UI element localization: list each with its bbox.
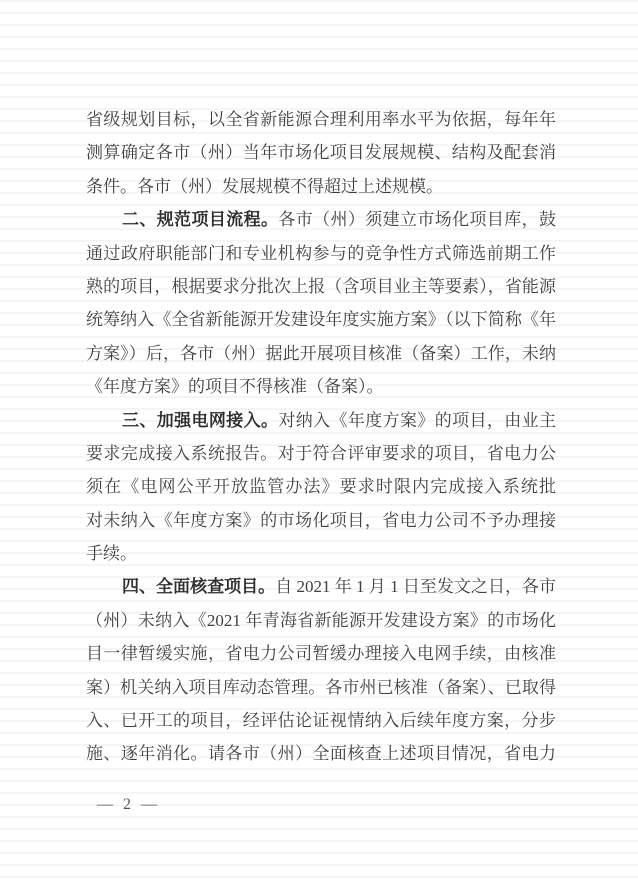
body-line: 省级规划目标，以全省新能源合理利用率水平为依据，每年年初 <box>86 103 556 136</box>
body-line: 目一律暂缓实施，省电力公司暂缓办理接入电网手续，由核准（备 <box>86 637 556 670</box>
body-line: 三、加强电网接入。对纳入《年度方案》的项目，由业主按 <box>86 404 556 437</box>
body-paragraph: 四、全面核查项目。自 2021 年 1 月 1 日至发文之日，各市 （州）未纳入… <box>86 570 556 770</box>
body-paragraph: 省级规划目标，以全省新能源合理利用率水平为依据，每年年初 测算确定各市（州）当年… <box>86 103 556 203</box>
body-paragraph: 二、规范项目流程。各市（州）须建立市场化项目库，鼓励 通过政府职能部门和专业机构… <box>86 203 556 403</box>
section-heading: 四、全面核查项目。 <box>122 577 275 596</box>
body-line: 要求完成接入系统报告。对于符合评审要求的项目，省电力公司 <box>86 437 556 470</box>
body-line: 二、规范项目流程。各市（州）须建立市场化项目库，鼓励 <box>86 203 556 236</box>
body-line: 熟的项目，根据要求分批次上报（含项目业主等要素），省能源局 <box>86 270 556 303</box>
body-line: 案）机关纳入项目库动态管理。各市州已核准（备案）、已取得接 <box>86 671 556 704</box>
page-number: — 2 — <box>97 796 160 814</box>
body-line: 须在《电网公平开放监管办法》要求时限内完成接入系统批复。 <box>86 470 556 503</box>
body-line: 手续。 <box>86 537 556 570</box>
section-heading: 二、规范项目流程。 <box>122 210 278 229</box>
body-paragraph: 三、加强电网接入。对纳入《年度方案》的项目，由业主按 要求完成接入系统报告。对于… <box>86 404 556 571</box>
body-line: 入、已开工的项目，经评估论证视情纳入后续年度方案，分步实 <box>86 704 556 737</box>
body-line: 统筹纳入《全省新能源开发建设年度实施方案》（以下简称《年度 <box>86 303 556 336</box>
body-line: （州）未纳入《2021 年青海省新能源开发建设方案》的市场化项 <box>86 604 556 637</box>
body-line: 四、全面核查项目。自 2021 年 1 月 1 日至发文之日，各市 <box>86 570 556 603</box>
body-line: 方案》）后，各市（州）据此开展项目核准（备案）工作，未纳入 <box>86 337 556 370</box>
section-heading: 三、加强电网接入。 <box>122 411 278 430</box>
body-line: 条件。各市（州）发展规模不得超过上述规模。 <box>86 170 556 203</box>
body-line: 施、逐年消化。请各市（州）全面核查上述项目情况，省电力公 <box>86 737 556 770</box>
body-line: 测算确定各市（州）当年市场化项目发展规模、结构及配套消纳 <box>86 136 556 169</box>
body-line: 《年度方案》的项目不得核准（备案）。 <box>86 370 556 403</box>
body-line: 通过政府职能部门和专业机构参与的竞争性方式筛选前期工作成 <box>86 237 556 270</box>
document-page: 省级规划目标，以全省新能源合理利用率水平为依据，每年年初 测算确定各市（州）当年… <box>0 0 638 882</box>
body-text: 自 2021 年 1 月 1 日至发文之日，各市 <box>275 577 556 596</box>
document-body: 省级规划目标，以全省新能源合理利用率水平为依据，每年年初 测算确定各市（州）当年… <box>86 103 556 771</box>
body-line: 对未纳入《年度方案》的市场化项目，省电力公司不予办理接入 <box>86 504 556 537</box>
